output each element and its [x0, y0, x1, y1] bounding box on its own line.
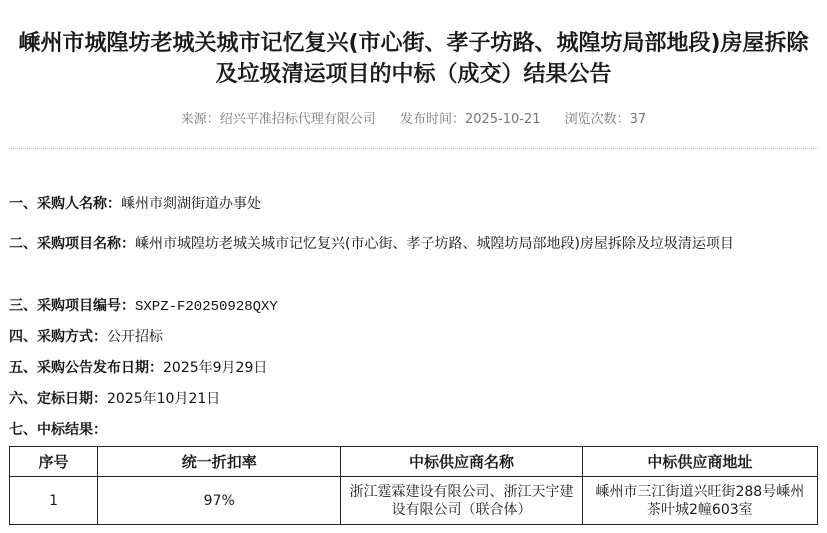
section-purchaser: 一、采购人名称：嵊州市剡湖街道办事处 — [9, 189, 261, 220]
section-value: 嵊州市城隍坊老城关城市记忆复兴(市心街、孝子坊路、城隍坊局部地段)房屋拆除及垃圾… — [135, 236, 734, 252]
section-label: 一、采购人名称： — [9, 196, 121, 212]
section-project-name: 二、采购项目名称：嵊州市城隍坊老城关城市记忆复兴(市心街、孝子坊路、城隍坊局部地… — [9, 229, 817, 260]
cell-supplier-address: 嵊州市三江街道兴旺街288号嵊州茶叶城2幢603室 — [582, 477, 817, 525]
divider — [9, 148, 818, 149]
section-value: 2025年10月21日 — [107, 391, 220, 407]
section-label: 二、采购项目名称： — [9, 236, 135, 252]
section-announcement-date: 五、采购公告发布日期：2025年9月29日 — [9, 353, 267, 384]
section-procurement-method: 四、采购方式：公开招标 — [9, 322, 163, 353]
article-meta: 来源：绍兴平准招标代理有限公司 发布时间：2025-10-21 浏览次数：37 — [0, 108, 827, 127]
cell-supplier-name: 浙江霆霖建设有限公司、浙江天宇建设有限公司（联合体） — [341, 477, 582, 525]
publish-time-text: 发布时间：2025-10-21 — [400, 112, 541, 127]
cell-discount-rate: 97% — [98, 477, 341, 525]
section-value: 嵊州市剡湖街道办事处 — [121, 196, 261, 212]
award-result-table: 序号 统一折扣率 中标供应商名称 中标供应商地址 1 97% 浙江霆霖建设有限公… — [9, 446, 818, 525]
header-index: 序号 — [10, 447, 98, 477]
cell-index: 1 — [10, 477, 98, 525]
section-value: SXPZ-F20250928QXY — [135, 299, 278, 315]
section-label: 三、采购项目编号： — [9, 298, 135, 314]
header-supplier-name: 中标供应商名称 — [341, 447, 582, 477]
section-value: 公开招标 — [107, 329, 163, 345]
header-discount-rate: 统一折扣率 — [98, 447, 341, 477]
section-project-number: 三、采购项目编号：SXPZ-F20250928QXY — [9, 291, 278, 323]
section-label: 四、采购方式： — [9, 329, 107, 345]
view-count-text: 浏览次数：37 — [565, 112, 647, 127]
table-header-row: 序号 统一折扣率 中标供应商名称 中标供应商地址 — [10, 447, 818, 477]
table-row: 1 97% 浙江霆霖建设有限公司、浙江天宇建设有限公司（联合体） 嵊州市三江街道… — [10, 477, 818, 525]
section-label: 五、采购公告发布日期： — [9, 360, 163, 376]
page-title: 嵊州市城隍坊老城关城市记忆复兴(市心街、孝子坊路、城隍坊局部地段)房屋拆除及垃圾… — [10, 28, 817, 90]
section-award-result: 七、中标结果： — [9, 415, 107, 446]
header-supplier-address: 中标供应商地址 — [582, 447, 817, 477]
section-value: 2025年9月29日 — [163, 360, 267, 376]
section-award-date: 六、定标日期：2025年10月21日 — [9, 384, 220, 415]
source-text: 来源：绍兴平准招标代理有限公司 — [181, 112, 376, 127]
section-label: 六、定标日期： — [9, 391, 107, 407]
section-label: 七、中标结果： — [9, 422, 107, 438]
